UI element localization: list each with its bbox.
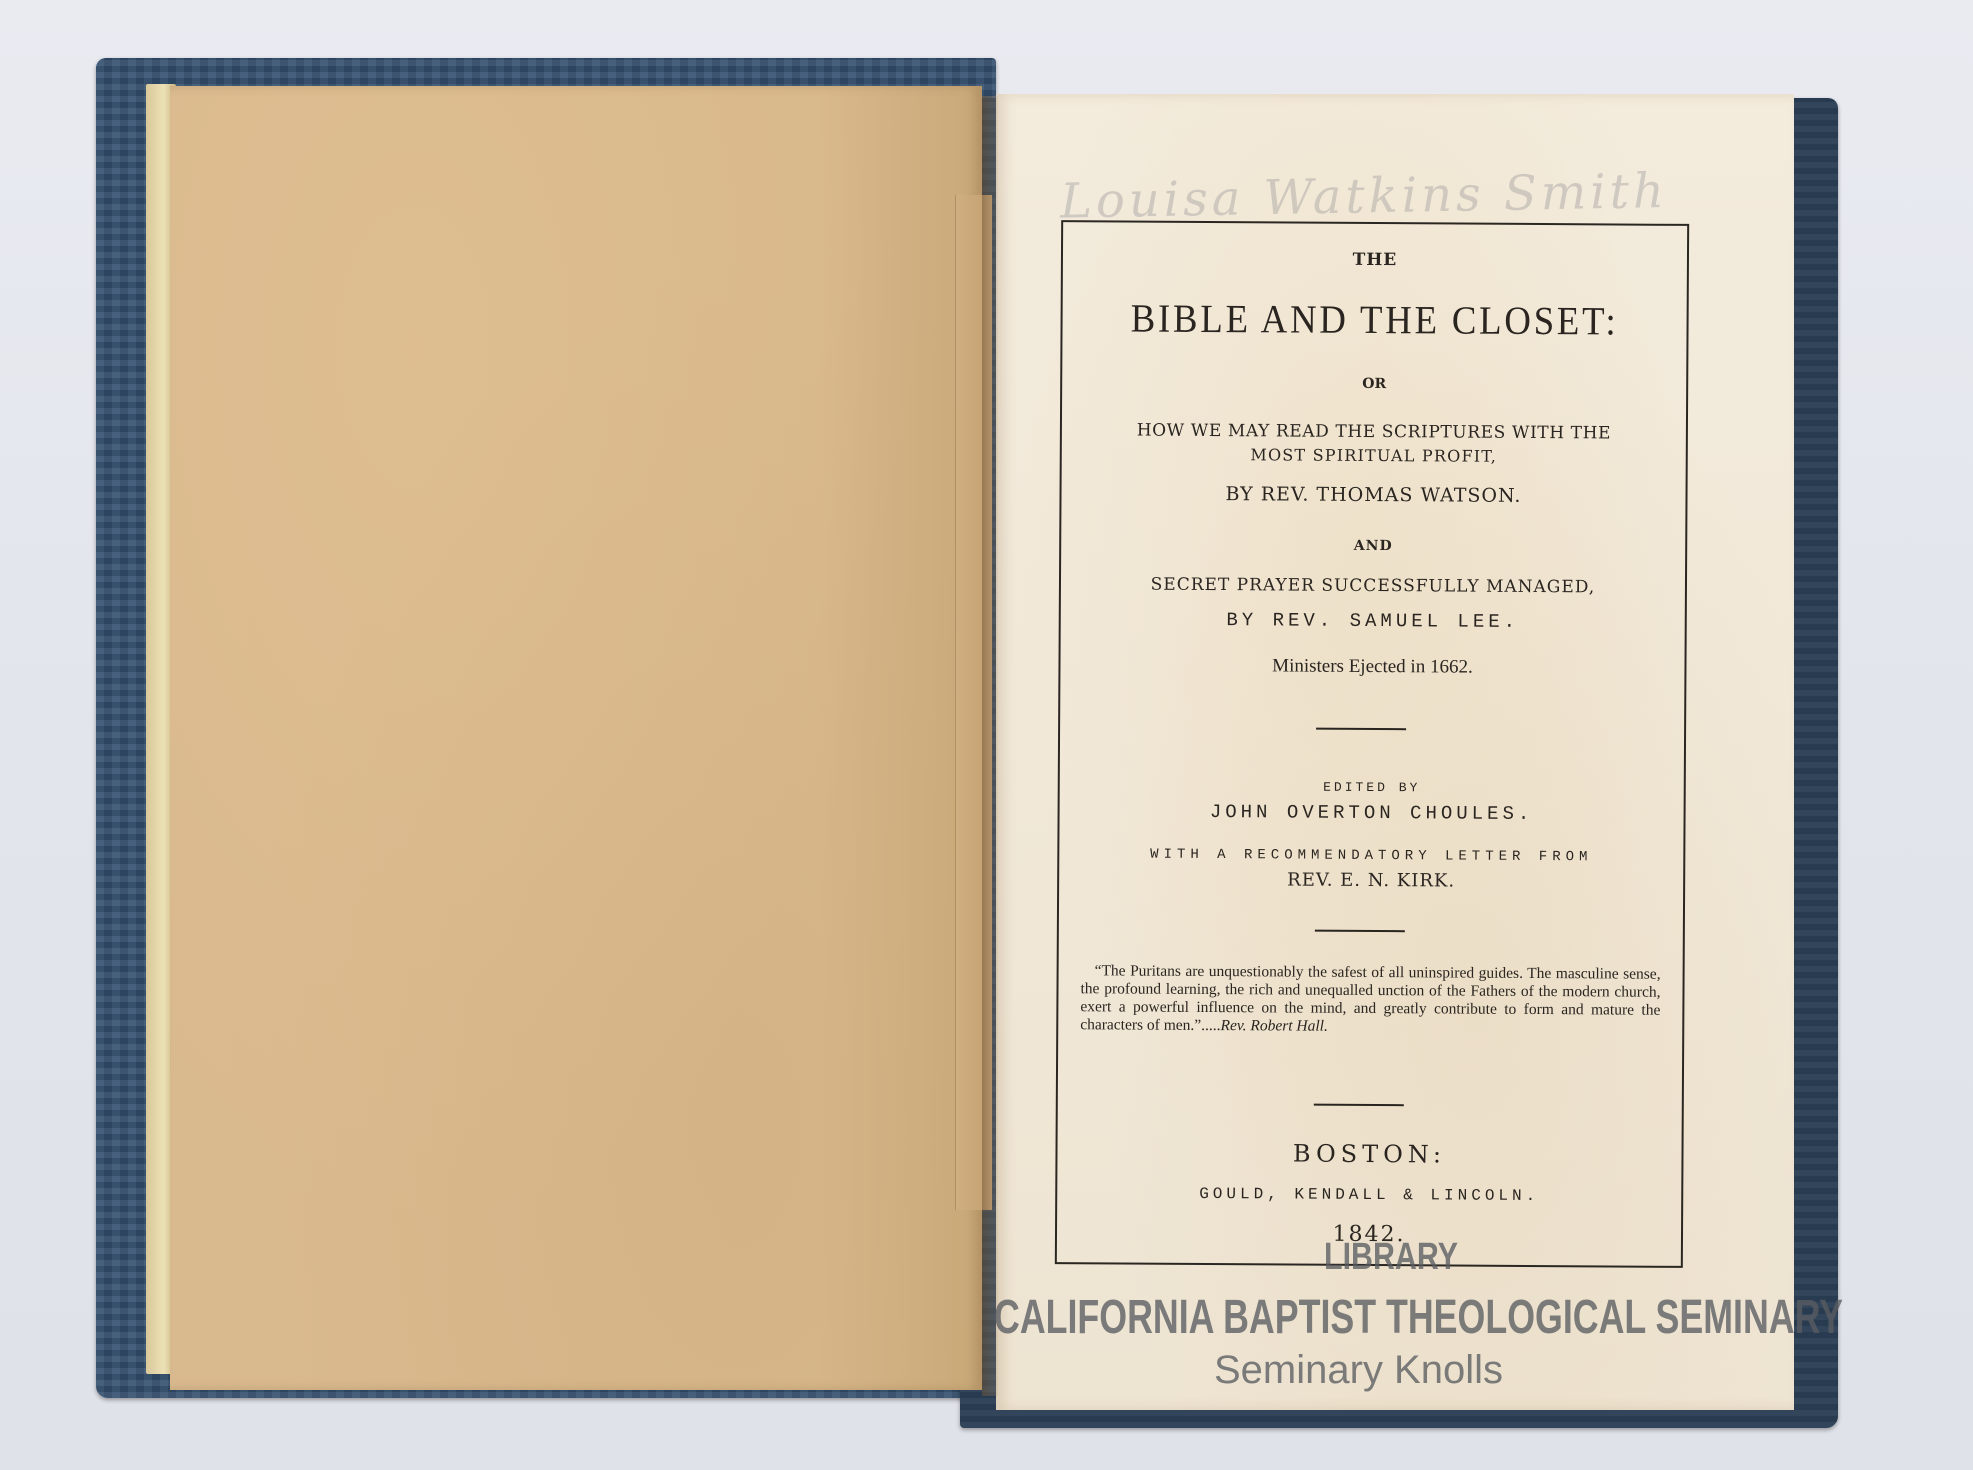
stamp-seminary-name: CALIFORNIA BAPTIST THEOLOGICAL SEMINARY — [994, 1290, 1843, 1345]
recommendation-line: WITH A RECOMMENDATORY LETTER FROM — [1059, 846, 1683, 866]
author-lee: BY REV. SAMUEL LEE. — [1061, 608, 1685, 634]
subtitle-line-1: HOW WE MAY READ THE SCRIPTURES WITH THE — [1062, 420, 1686, 444]
editor-name: JOHN OVERTON CHOULES. — [1060, 800, 1684, 826]
subtitle-line-2: MOST SPIRITUAL PROFIT, — [1062, 444, 1686, 467]
book-gutter — [982, 96, 998, 1396]
recommender-name: REV. E. N. KIRK. — [1059, 868, 1683, 893]
imprint-city: BOSTON: — [1057, 1138, 1681, 1170]
blank-flyleaf-page — [170, 86, 982, 1390]
stamp-library: LIBRARY — [1324, 1236, 1458, 1279]
title-and: AND — [1061, 536, 1685, 556]
second-work-title: SECRET PRAYER SUCCESSFULLY MANAGED, — [1061, 574, 1685, 598]
imprint-publisher: GOULD, KENDALL & LINCOLN. — [1057, 1184, 1681, 1206]
title-or: OR — [1062, 374, 1686, 394]
title-page-frame: THE BIBLE AND THE CLOSET: OR HOW WE MAY … — [1055, 220, 1689, 1268]
author-watson: BY REV. THOMAS WATSON. — [1061, 482, 1685, 508]
ministers-note: Ministers Ejected in 1662. — [1060, 654, 1684, 680]
stamp-seminary-knolls: Seminary Knolls — [1214, 1348, 1503, 1393]
epigraph-text: “The Puritans are unquestionably the saf… — [1080, 962, 1660, 1034]
handwritten-inscription: Louisa Watkins Smith — [1060, 162, 1711, 229]
divider-rule — [1316, 728, 1406, 731]
epigraph-quote: “The Puritans are unquestionably the saf… — [1080, 962, 1660, 1038]
title-the: THE — [1063, 248, 1687, 272]
book-title: BIBLE AND THE CLOSET: — [1087, 294, 1661, 345]
epigraph-attribution: Rev. Robert Hall. — [1221, 1017, 1328, 1035]
divider-rule — [1314, 1104, 1404, 1107]
edited-by-label: EDITED BY — [1060, 778, 1684, 797]
divider-rule — [1315, 930, 1405, 933]
